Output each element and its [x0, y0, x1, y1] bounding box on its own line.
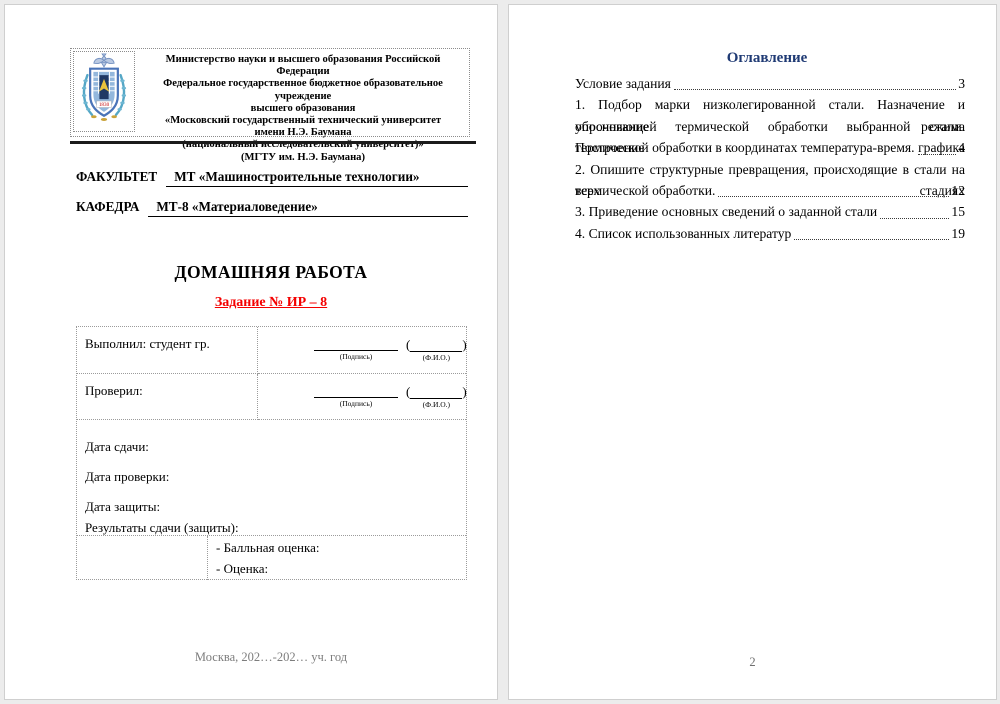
name-line[interactable] — [410, 339, 462, 352]
header-line: имени Н.Э. Баумана — [139, 127, 467, 139]
date-submission-label: Дата сдачи: — [85, 439, 149, 455]
checked-signature-cell: (Подпись) () (Ф.И.О.) — [258, 374, 466, 420]
faculty-row: ФАКУЛЬТЕТ МТ «Машиностроительные техноло… — [76, 169, 468, 187]
toc-dot-leader — [794, 239, 949, 240]
toc-page-number: 12 — [951, 180, 965, 201]
assignment-title: Задание № ИР – 8 — [71, 295, 471, 311]
date-defense-label: Дата защиты: — [85, 499, 160, 515]
toc-entry-line[interactable]: 1. Подбор марки низколегированной стали.… — [575, 94, 965, 115]
credentials-table: Выполнил: студент гр. (Подпись) () (Ф.И.… — [76, 326, 467, 580]
toc-entry-text: термической обработки в координатах темп… — [575, 137, 915, 158]
title-page: 1830 Министерство науки и высшего образо… — [4, 4, 498, 700]
university-header-text: Министерство науки и высшего образования… — [139, 54, 467, 164]
toc-entry-text: 3. Приведение основных сведений о заданн… — [575, 201, 877, 222]
toc-page-number: 19 — [951, 223, 965, 244]
toc-page-number: 15 — [951, 201, 965, 222]
toc-entry-text: термической обработки. — [575, 180, 715, 201]
department-label: КАФЕДРА — [76, 199, 139, 215]
header-line: Федеральное государственное бюджетное об… — [139, 78, 467, 102]
toc-entry[interactable]: термической обработки в координатах темп… — [575, 137, 965, 158]
toc-entry-text: 4. Список использованных литератур — [575, 223, 791, 244]
toc-page-number: 4 — [958, 137, 965, 158]
name-caption: (Ф.И.О.) — [423, 353, 450, 362]
toc-entry[interactable]: Условие задания 3 — [575, 73, 965, 94]
performed-by-cell: Выполнил: студент гр. — [77, 327, 258, 374]
faculty-label: ФАКУЛЬТЕТ — [76, 169, 157, 185]
work-title: ДОМАШНЯЯ РАБОТА — [71, 262, 471, 283]
faculty-value: МТ «Машиностроительные технологии» — [166, 169, 468, 187]
signature-caption: (Подпись) — [340, 352, 373, 361]
toc-dot-leader — [880, 218, 949, 219]
checked-by-cell: Проверил: — [77, 374, 258, 420]
toc-dot-leader — [718, 196, 949, 197]
results-grades-cell: - Балльная оценка: - Оценка: — [208, 536, 466, 580]
toc-entry[interactable]: 3. Приведение основных сведений о заданн… — [575, 201, 965, 222]
name-line[interactable] — [410, 386, 462, 399]
toc-page-number: 3 — [958, 73, 965, 94]
dates-cell: Дата сдачи: Дата проверки: Дата защиты: … — [77, 420, 466, 535]
university-header-box: 1830 Министерство науки и высшего образо… — [70, 48, 470, 137]
results-empty-cell — [77, 536, 208, 580]
toc-entry-line[interactable]: упрочняющей термической обработки выбран… — [575, 116, 965, 137]
header-line: Министерство науки и высшего образования… — [139, 54, 467, 78]
department-value: МТ-8 «Материаловедение» — [148, 199, 468, 217]
toc-entry-line[interactable]: 2. Опишите структурные превращения, прои… — [575, 159, 965, 180]
bauman-university-emblem-icon: 1830 — [78, 53, 130, 130]
header-double-rule — [70, 141, 476, 144]
results-row: - Балльная оценка: - Оценка: — [77, 535, 466, 580]
signature-caption: (Подпись) — [340, 399, 373, 408]
city-year-footer: Москва, 202…-202… уч. год — [71, 650, 471, 665]
emblem-year-text: 1830 — [99, 102, 110, 108]
toc-list: Условие задания 3 1. Подбор марки низкол… — [575, 73, 965, 244]
university-logo-cell: 1830 — [73, 51, 135, 132]
toc-entry-text: Условие задания — [575, 73, 671, 94]
toc-dot-leader — [918, 154, 957, 155]
department-row: КАФЕДРА МТ-8 «Материаловедение» — [76, 199, 468, 217]
score-label: - Балльная оценка: — [216, 540, 319, 556]
signature-line[interactable] — [314, 385, 398, 398]
name-caption: (Ф.И.О.) — [423, 400, 450, 409]
results-label: Результаты сдачи (защиты): — [85, 520, 239, 536]
toc-page: Оглавление Условие задания 3 1. Подбор м… — [508, 4, 997, 700]
date-check-label: Дата проверки: — [85, 469, 169, 485]
header-line: (МГТУ им. Н.Э. Баумана) — [139, 152, 467, 164]
toc-dot-leader — [674, 89, 956, 90]
grade-label: - Оценка: — [216, 561, 268, 577]
toc-title: Оглавление — [569, 50, 965, 67]
header-line: высшего образования — [139, 103, 467, 115]
header-line: «Московский государственный технический … — [139, 115, 467, 127]
page-number: 2 — [509, 655, 996, 670]
performed-signature-cell: (Подпись) () (Ф.И.О.) — [258, 327, 466, 374]
toc-entry[interactable]: 4. Список использованных литератур 19 — [575, 223, 965, 244]
signature-line[interactable] — [314, 338, 398, 351]
